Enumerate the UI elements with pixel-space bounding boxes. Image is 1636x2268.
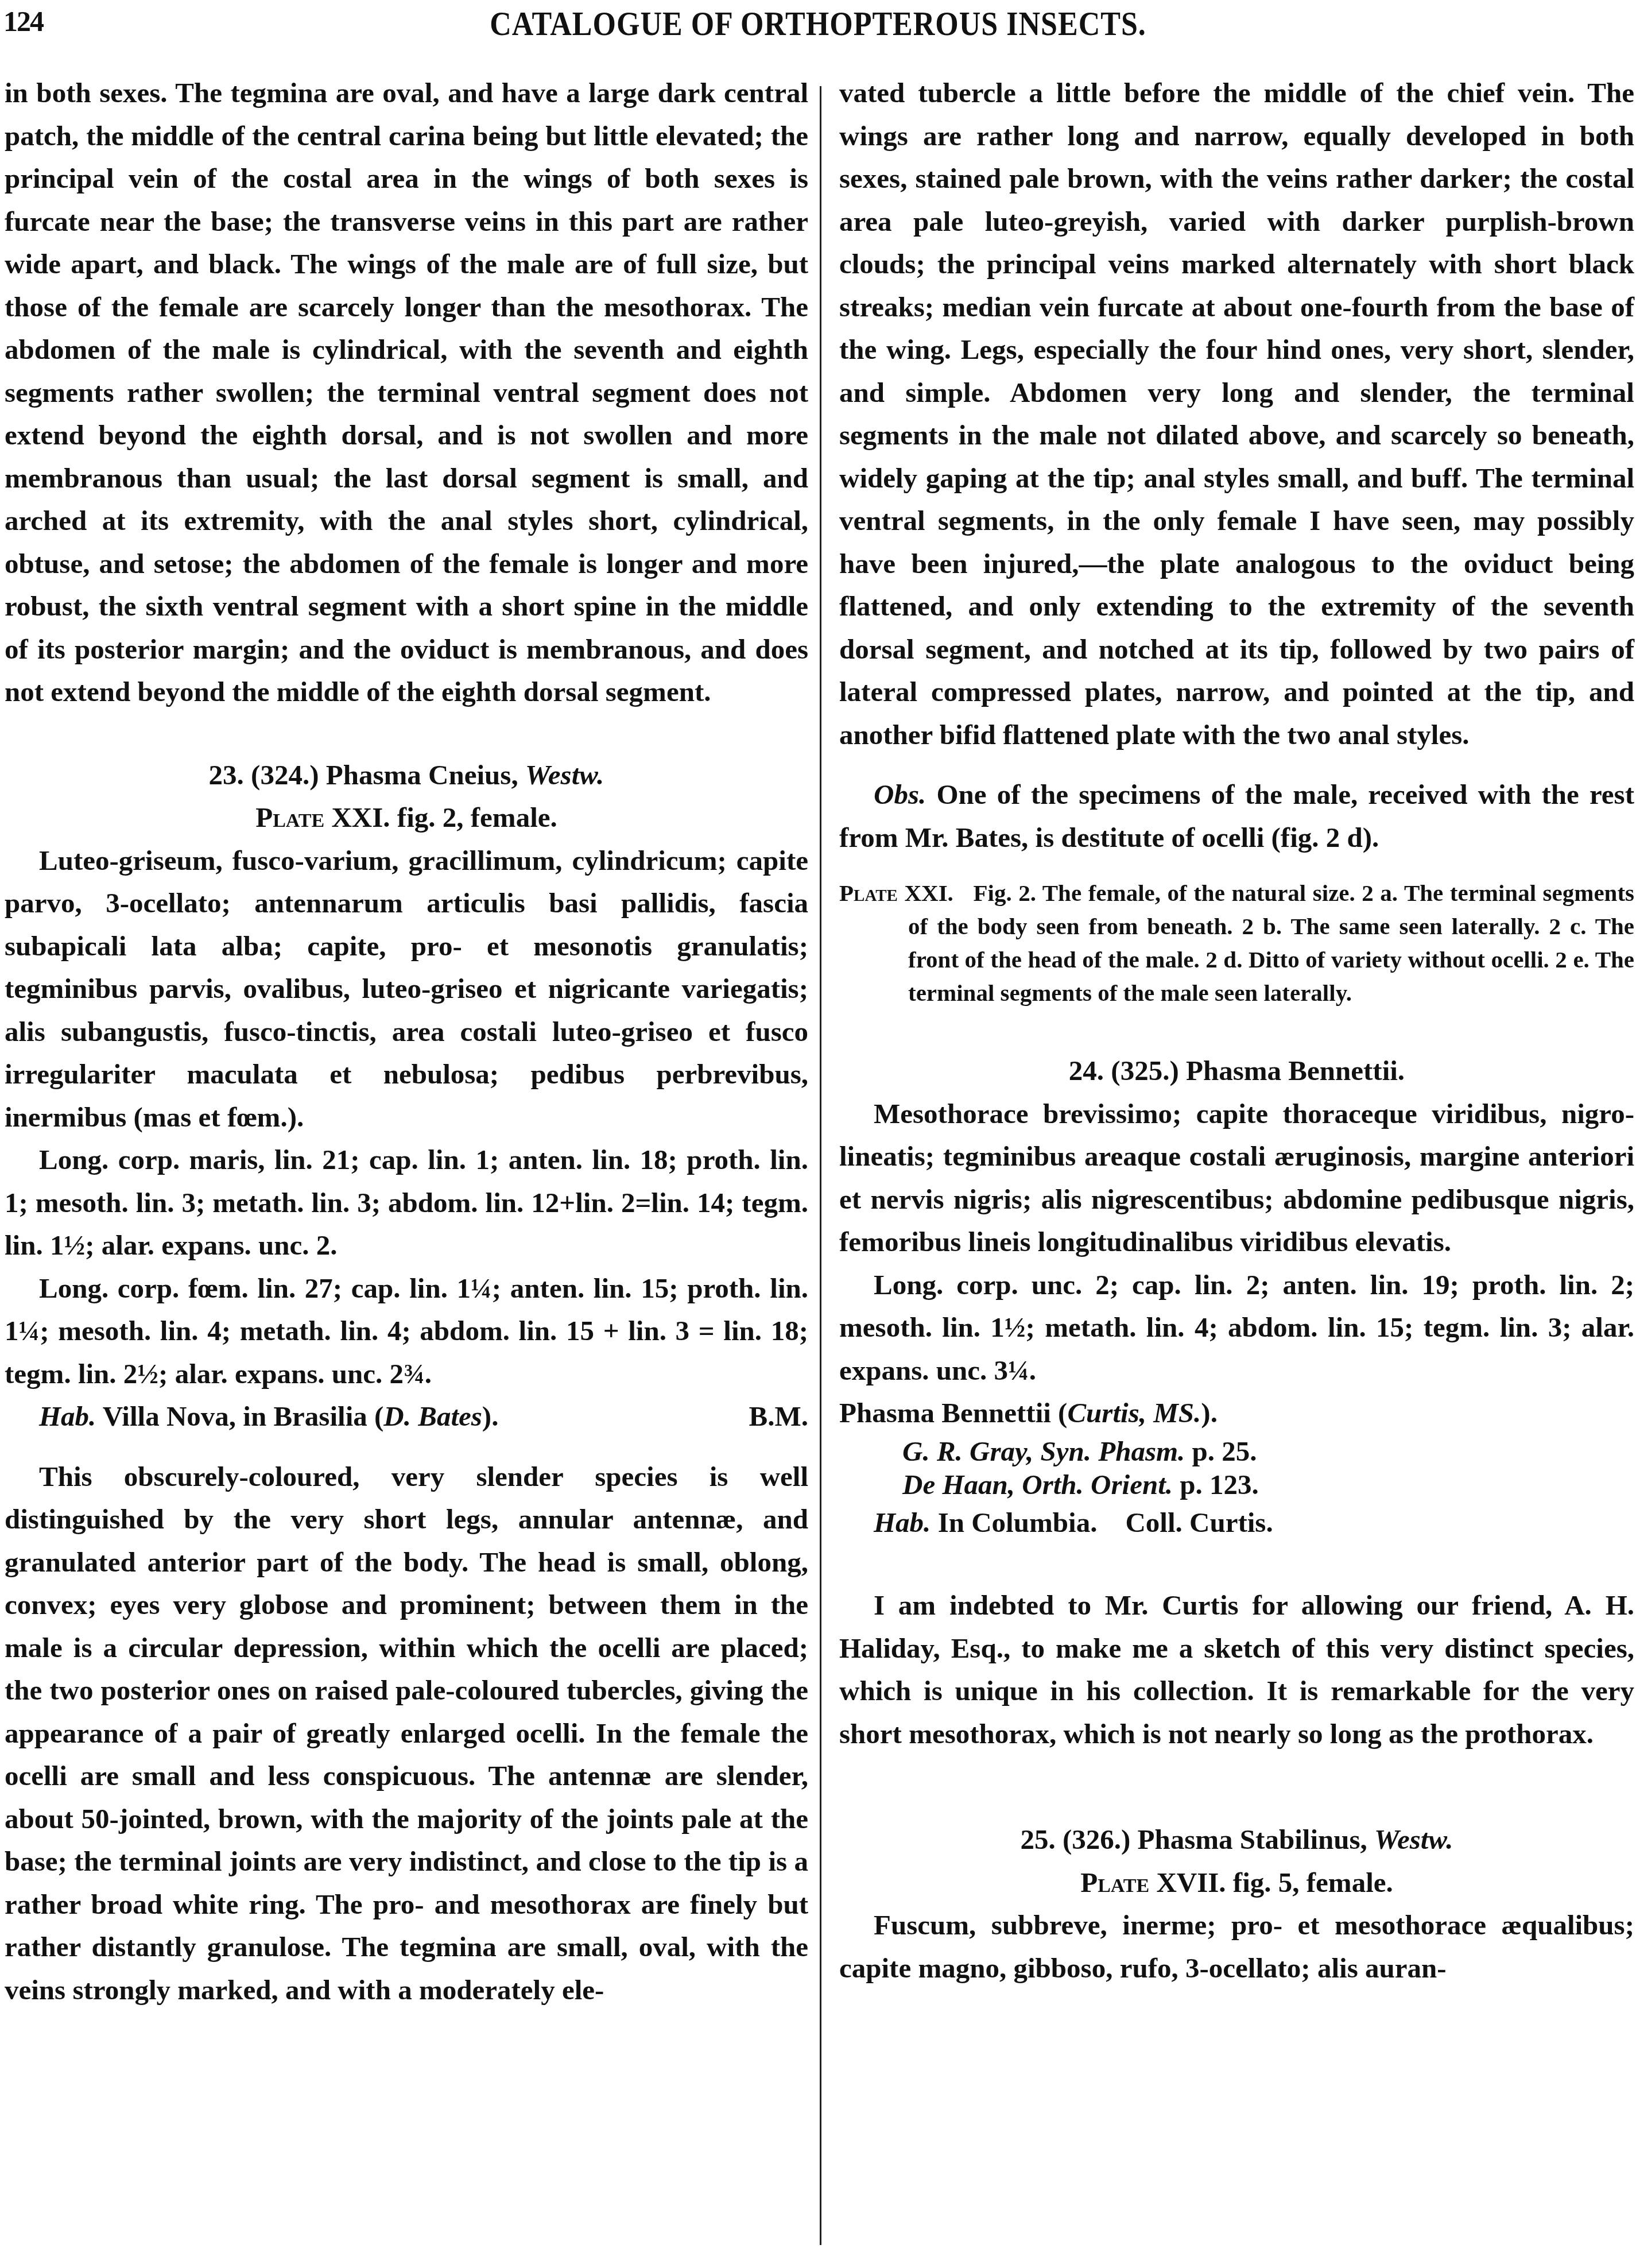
species-heading: 24. (325.) Phasma Bennettii.	[839, 1050, 1634, 1093]
citation: G. R. Gray, Syn. Phasm. p. 25.	[839, 1435, 1634, 1468]
habitat-label: Hab.	[874, 1507, 931, 1538]
latin-diagnosis: Mesothorace brevissimo; capite thoracequ…	[839, 1093, 1634, 1264]
observation: Obs. One of the specimens of the male, r…	[839, 773, 1634, 859]
species-description: This obscurely-coloured, very slender sp…	[5, 1456, 808, 2012]
running-title: CATALOGUE OF ORTHOPTEROUS INSECTS.	[0, 5, 1636, 44]
collection: B.M.	[749, 1395, 808, 1438]
plate-number: XXI.	[904, 880, 953, 906]
species-number: 24. (325.)	[1069, 1055, 1179, 1086]
measurements-male: Long. corp. maris, lin. 21; cap. lin. 1;…	[5, 1139, 808, 1267]
habitat-line: Hab. Villa Nova, in Brasilia (D. Bates).…	[5, 1395, 808, 1438]
species-heading: 23. (324.) Phasma Cneius, Westw.	[5, 754, 808, 797]
species-remarks: I am indebted to Mr. Curtis for allowing…	[839, 1584, 1634, 1755]
collection: Coll. Curtis.	[1125, 1507, 1273, 1538]
habitat-line: Hab. In Columbia. Coll. Curtis.	[839, 1501, 1634, 1545]
species-name: Phasma Cneius,	[326, 759, 518, 791]
synonymy: Phasma Bennettii (Curtis, MS.). G. R. Gr…	[839, 1392, 1634, 1501]
plate-reference: Plate XXI. fig. 2, female.	[5, 796, 808, 839]
habitat-collector: D. Bates	[383, 1400, 482, 1432]
column-divider	[820, 86, 821, 2245]
obs-label: Obs.	[874, 779, 926, 810]
citation-author: De Haan, Orth. Orient.	[902, 1469, 1173, 1500]
synonym-authority: Curtis, MS.	[1067, 1397, 1201, 1429]
continued-paragraph: vated tubercle a little before the middl…	[839, 72, 1634, 756]
habitat: Hab. Villa Nova, in Brasilia (D. Bates).	[39, 1395, 498, 1438]
continued-paragraph: in both sexes. The tegmina are oval, and…	[5, 72, 808, 714]
right-column: vated tubercle a little before the middl…	[839, 72, 1634, 1990]
latin-diagnosis: Fuscum, subbreve, inerme; pro- et mesoth…	[839, 1904, 1634, 1990]
left-column: in both sexes. The tegmina are oval, and…	[5, 72, 808, 2011]
habitat-text: In Columbia.	[938, 1507, 1098, 1538]
species-number: 23. (324.)	[209, 759, 319, 791]
synonym-text: Phasma Bennettii (	[839, 1397, 1067, 1429]
citation: De Haan, Orth. Orient. p. 123.	[839, 1468, 1634, 1501]
plate-explanation: Plate XXI. Fig. 2. The female, of the na…	[839, 876, 1634, 1009]
running-head: 124 CATALOGUE OF ORTHOPTEROUS INSECTS.	[0, 5, 1636, 45]
citation-page: p. 25.	[1192, 1435, 1257, 1467]
species-author: Westw.	[525, 759, 604, 791]
species-24-entry: 24. (325.) Phasma Bennettii. Mesothorace…	[839, 1050, 1634, 1755]
species-name: Phasma Stabilinus,	[1138, 1824, 1367, 1855]
habitat-text: Villa Nova, in Brasilia (	[103, 1400, 384, 1432]
species-heading: 25. (326.) Phasma Stabilinus, Westw.	[839, 1818, 1634, 1861]
plate-reference: Plate XVII. fig. 5, female.	[839, 1861, 1634, 1905]
plate-label: Plate	[839, 880, 898, 906]
species-23-entry: 23. (324.) Phasma Cneius, Westw. Plate X…	[5, 754, 808, 2012]
species-name: Phasma Bennettii.	[1186, 1055, 1405, 1086]
citation-page: p. 123.	[1180, 1469, 1259, 1500]
habitat-label: Hab.	[39, 1400, 96, 1432]
species-author: Westw.	[1374, 1824, 1453, 1855]
plate-text: Fig. 2. The female, of the natural size.…	[908, 880, 1634, 1006]
synonym-name: Phasma Bennettii (Curtis, MS.).	[839, 1392, 1634, 1435]
plate-ref: XVII. fig. 5, female.	[1156, 1867, 1393, 1898]
plate-label: Plate	[255, 802, 324, 833]
plate-label: Plate	[1080, 1867, 1149, 1898]
measurements-female: Long. corp. fœm. lin. 27; cap. lin. 1¼; …	[5, 1267, 808, 1396]
plate-ref: XXI. fig. 2, female.	[331, 802, 557, 833]
synonym-close: ).	[1201, 1397, 1218, 1429]
habitat-close: ).	[482, 1400, 499, 1432]
latin-diagnosis: Luteo-griseum, fusco-varium, gracillimum…	[5, 839, 808, 1139]
obs-text: One of the specimens of the male, receiv…	[839, 779, 1634, 853]
citation-author: G. R. Gray, Syn. Phasm.	[902, 1435, 1185, 1467]
measurements: Long. corp. unc. 2; cap. lin. 2; anten. …	[839, 1264, 1634, 1392]
species-number: 25. (326.)	[1020, 1824, 1130, 1855]
species-25-entry: 25. (326.) Phasma Stabilinus, Westw. Pla…	[839, 1818, 1634, 1990]
